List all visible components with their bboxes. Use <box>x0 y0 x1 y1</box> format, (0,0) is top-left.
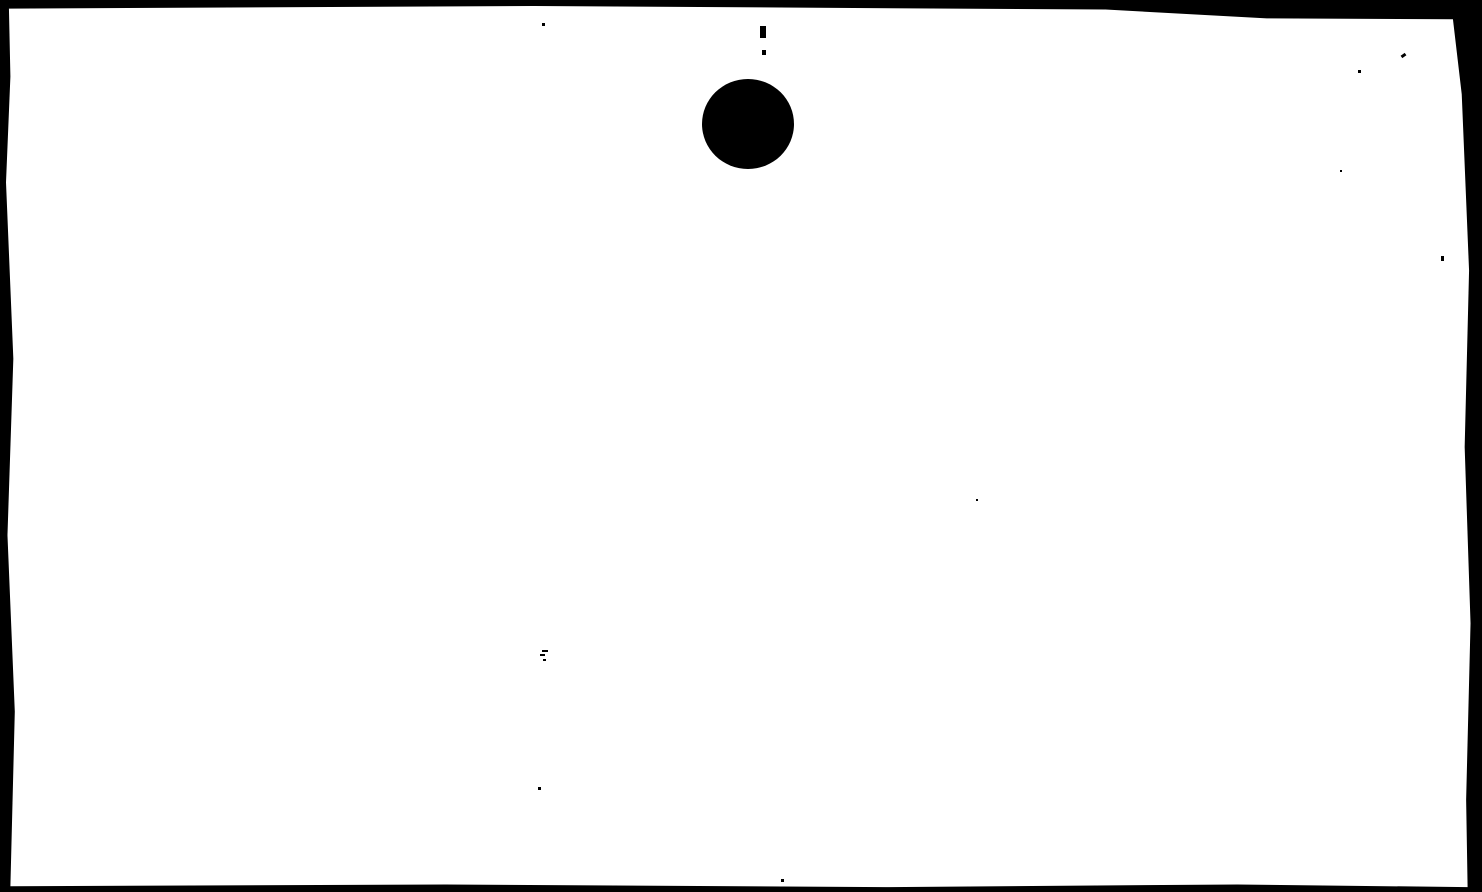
ink-speck <box>542 23 545 26</box>
ink-speck <box>1358 70 1361 73</box>
ink-speck <box>1340 170 1342 172</box>
scanned-page <box>6 6 1472 888</box>
ink-speck <box>762 50 766 55</box>
punch-hole-icon <box>702 79 794 169</box>
ink-speck <box>543 659 546 661</box>
ink-speck <box>1401 53 1407 58</box>
ink-speck <box>542 650 548 652</box>
ink-speck <box>540 654 545 656</box>
ink-speck <box>760 26 766 38</box>
ink-speck <box>781 879 784 882</box>
ink-speck <box>1441 256 1444 261</box>
ink-speck <box>976 499 978 501</box>
ink-speck <box>538 787 541 790</box>
